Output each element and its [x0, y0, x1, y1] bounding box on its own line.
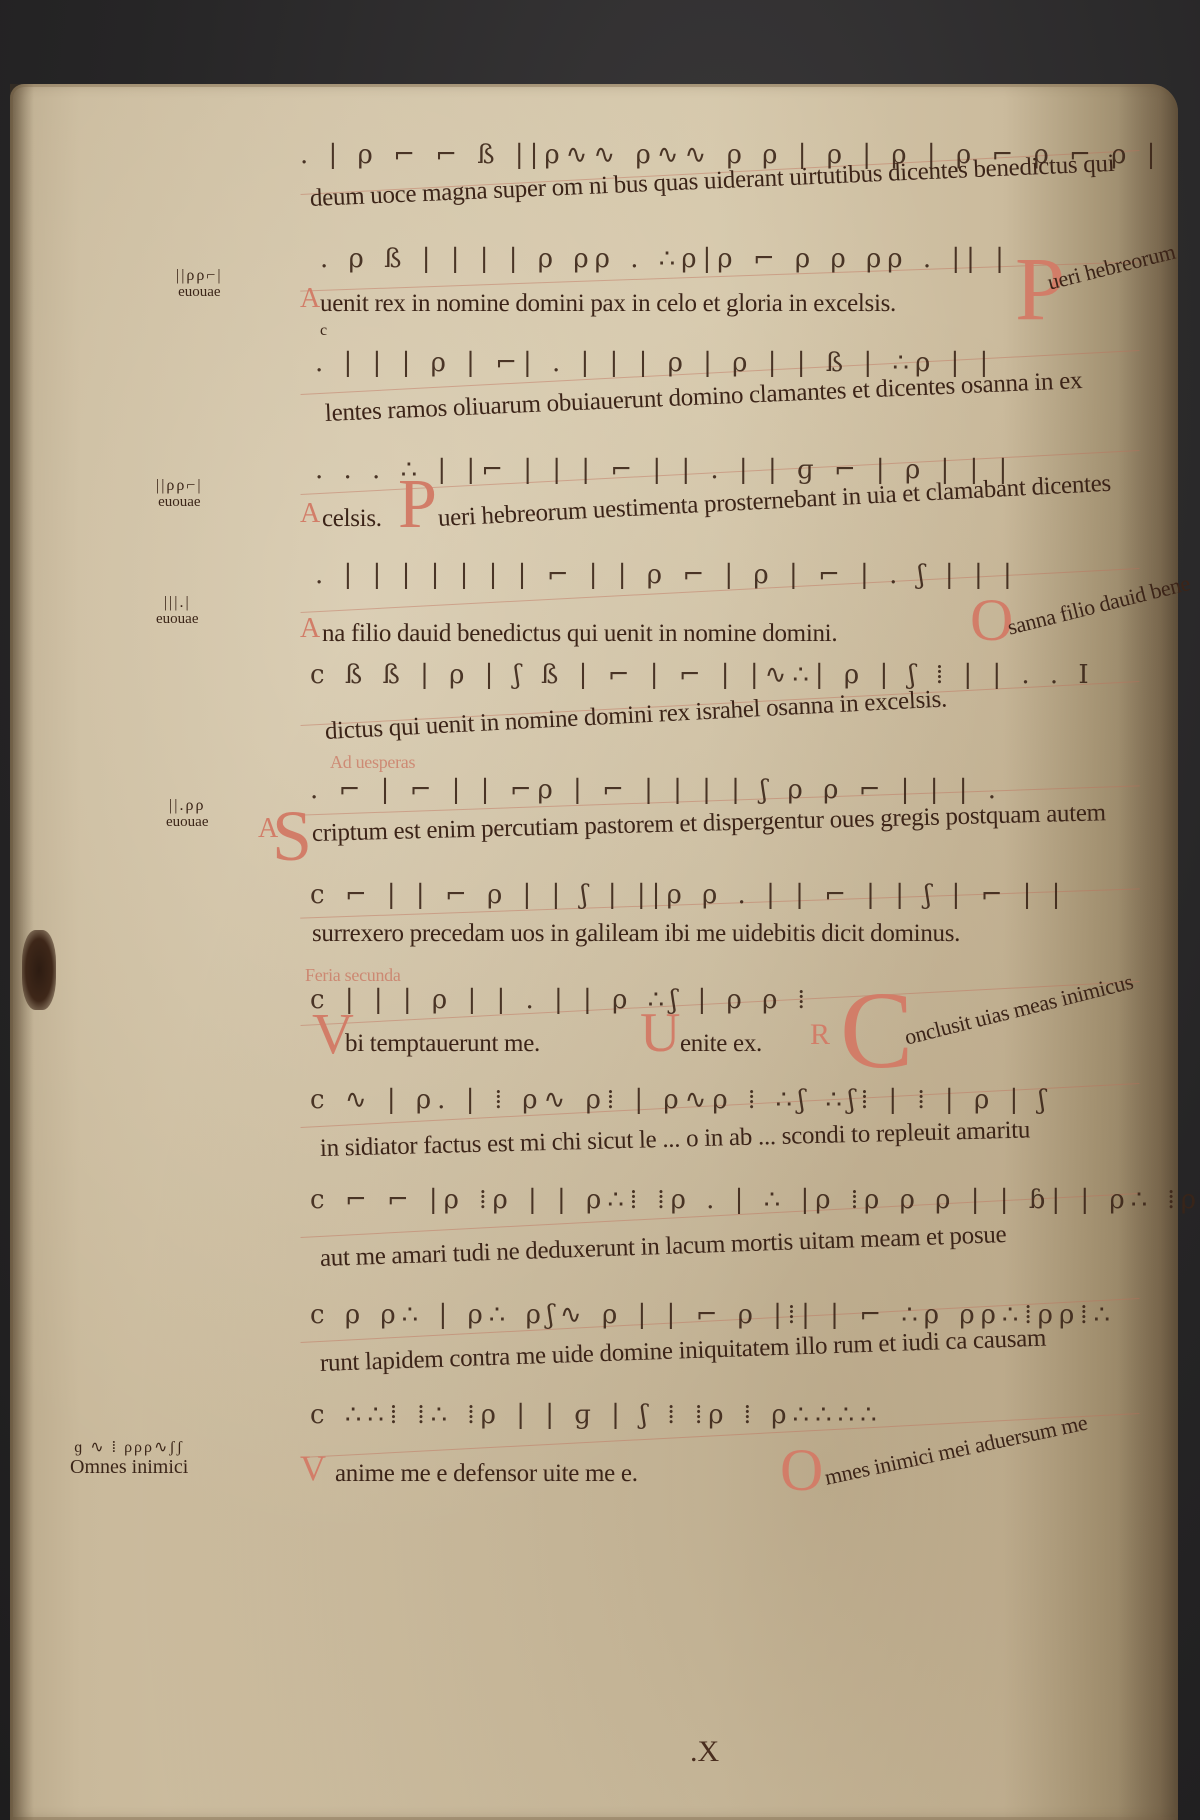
initial-v: V — [300, 1450, 326, 1486]
neume-line-11: c ⌐ ⌐ |ρ ⁞ρ | | ρ∴⁞ ⁞ρ . | ∴ |ρ ⁞ρ ρ ρ |… — [310, 1185, 1200, 1215]
initial-p: P — [398, 470, 437, 540]
margin-label: euouae — [156, 495, 203, 511]
neume-line-13: c ∴∴⁞ ⁞∴ ⁞ρ | | ɡ | ʃ ⁞ ⁞ρ ⁞ ρ∴∴∴∴ — [310, 1400, 883, 1430]
margin-differentia-4: ||.ρρ euouae — [166, 798, 208, 831]
margin-neumes: |||.| — [156, 595, 198, 612]
margin-neumes: ||ρρ⌐| — [156, 478, 203, 495]
neume-line-2: . ρ ß | | | | ρ ρρ . ∴ρ|ρ ⌐ ρ ρ ρρ . || … — [320, 244, 1010, 274]
responsory-mark: R — [810, 1020, 830, 1050]
margin-neumes: ||.ρρ — [166, 798, 208, 815]
rubric-antiphon-mark: A — [300, 285, 320, 313]
neume-line-10: c ∿ | ρ. | ⁞ ρ∿ ρ⁞ | ρ∿ρ ⁞ ∴ʃ ∴ʃ⁞ | ⁞ | … — [310, 1085, 1052, 1115]
neume-line-3: . | | | ρ | ⌐| . | | | ρ | ρ | | ß | ∴ρ … — [315, 348, 994, 378]
margin-neumes: ɡ ∿ ⁞ ρρρ∿ʃʃ — [70, 1440, 188, 1457]
text-line-13: anime me e defensor uite me e. — [335, 1460, 638, 1488]
ink-stain — [22, 930, 56, 1010]
text-line-8: surrexero precedam uos in galileam ibi m… — [312, 920, 960, 948]
text-line-4: celsis. — [322, 505, 382, 533]
text-line-9-part-2: enite ex. — [680, 1030, 762, 1058]
margin-differentia-2: ||ρρ⌐| euouae — [156, 478, 203, 511]
neume-line-7: . ⌐ | ⌐ | | ⌐ρ | ⌐ | | | | ʃ ρ ρ ⌐ | | |… — [310, 775, 1002, 805]
manuscript-page — [10, 84, 1178, 1820]
folio-number: .X — [690, 1735, 719, 1769]
rubric-antiphon-mark: A — [300, 615, 320, 643]
neume-line-9: c | | | ρ | | . | | ρ ∴ʃ | ρ ρ ⁞ — [310, 985, 811, 1015]
margin-differentia-1: ||ρρ⌐| euouae — [176, 268, 223, 301]
text-line-5: na filio dauid benedictus qui uenit in n… — [322, 620, 837, 648]
initial-o: O — [780, 1440, 823, 1500]
margin-label: Omnes inimici — [70, 1457, 188, 1478]
margin-neumes: ||ρρ⌐| — [176, 268, 223, 285]
neume-line-5: . | | | | | | | ⌐ | | ρ ⌐ | ρ | ⌐ | . ʃ … — [315, 560, 1018, 590]
c-clef: c — [320, 322, 327, 340]
margin-label: euouae — [166, 815, 208, 831]
margin-label: euouae — [156, 612, 198, 628]
text-line-2: uenit rex in nomine domini pax in celo e… — [320, 290, 896, 318]
margin-cue-omnes-inimici: ɡ ∿ ⁞ ρρρ∿ʃʃ Omnes inimici — [70, 1440, 188, 1478]
margin-label: euouae — [176, 285, 223, 301]
initial-u: U — [640, 1005, 680, 1061]
page-curl-shadow — [1118, 84, 1178, 1820]
text-line-9: bi temptauerunt me. — [345, 1030, 540, 1058]
rubric-header: Feria secunda — [305, 965, 401, 986]
margin-differentia-3: |||.| euouae — [156, 595, 198, 628]
initial-s: S — [272, 800, 312, 872]
neume-line-8: c ⌐ | | ⌐ ρ | | ʃ | ||ρ ρ . | | ⌐ | | ʃ … — [310, 880, 1066, 910]
rubric-antiphon-mark: A — [300, 500, 320, 528]
rubric-header: Ad uesperas — [330, 752, 415, 773]
neume-line-6: c ß ß | ρ | ʃ ß | ⌐ | ⌐ | |∿∴| ρ | ʃ ⁞ |… — [310, 660, 1095, 690]
